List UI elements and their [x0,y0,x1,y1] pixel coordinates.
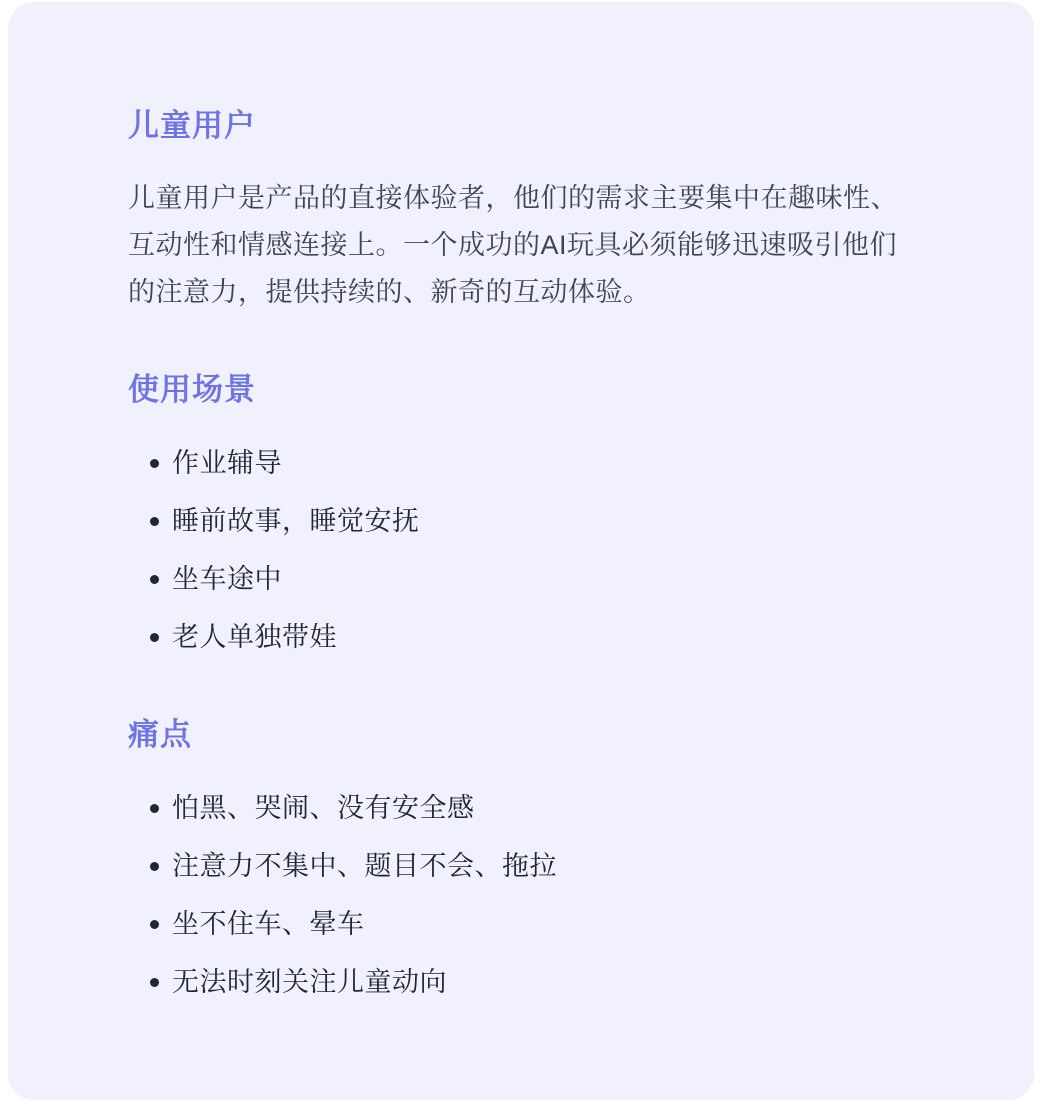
list-item-text: 睡前故事，睡觉安抚 [172,501,420,541]
list-item: 作业辅导 [128,443,916,483]
list-item: 无法时刻关注儿童动向 [128,962,916,1002]
bullet-icon [150,575,159,584]
page: 儿童用户 儿童用户是产品的直接体验者，他们的需求主要集中在趣味性、互动性和情感连… [0,0,1042,1090]
list-item: 睡前故事，睡觉安抚 [128,501,916,541]
list-item-text: 无法时刻关注儿童动向 [172,962,447,1002]
bullet-icon [150,804,159,813]
list-item: 老人单独带娃 [128,617,916,657]
bullet-icon [150,517,159,526]
section-usage-scenarios: 使用场景 作业辅导 睡前故事，睡觉安抚 坐车途中 老人单独带娃 [128,370,916,657]
list-item-text: 坐不住车、晕车 [172,904,365,944]
section-heading-usage-scenarios: 使用场景 [128,370,916,409]
list-item-text: 注意力不集中、题目不会、拖拉 [172,846,557,886]
section-heading-child-users: 儿童用户 [128,106,916,145]
list-item: 坐车途中 [128,559,916,599]
bullet-icon [150,459,159,468]
pain-points-list: 怕黑、哭闹、没有安全感 注意力不集中、题目不会、拖拉 坐不住车、晕车 无法时刻关… [128,788,916,1002]
document-card: 儿童用户 儿童用户是产品的直接体验者，他们的需求主要集中在趣味性、互动性和情感连… [8,2,1034,1100]
list-item: 怕黑、哭闹、没有安全感 [128,788,916,828]
list-item-text: 怕黑、哭闹、没有安全感 [172,788,475,828]
bullet-icon [150,978,159,987]
list-item-text: 坐车途中 [172,559,282,599]
list-item: 坐不住车、晕车 [128,904,916,944]
list-item-text: 作业辅导 [172,443,282,483]
list-item: 注意力不集中、题目不会、拖拉 [128,846,916,886]
bullet-icon [150,862,159,871]
bullet-icon [150,920,159,929]
section-heading-pain-points: 痛点 [128,715,916,754]
usage-scenarios-list: 作业辅导 睡前故事，睡觉安抚 坐车途中 老人单独带娃 [128,443,916,657]
list-item-text: 老人单独带娃 [172,617,337,657]
bullet-icon [150,633,159,642]
section-pain-points: 痛点 怕黑、哭闹、没有安全感 注意力不集中、题目不会、拖拉 坐不住车、晕车 无法… [128,715,916,1002]
child-users-paragraph: 儿童用户是产品的直接体验者，他们的需求主要集中在趣味性、互动性和情感连接上。一个… [128,175,910,316]
section-child-users: 儿童用户 儿童用户是产品的直接体验者，他们的需求主要集中在趣味性、互动性和情感连… [128,106,916,316]
